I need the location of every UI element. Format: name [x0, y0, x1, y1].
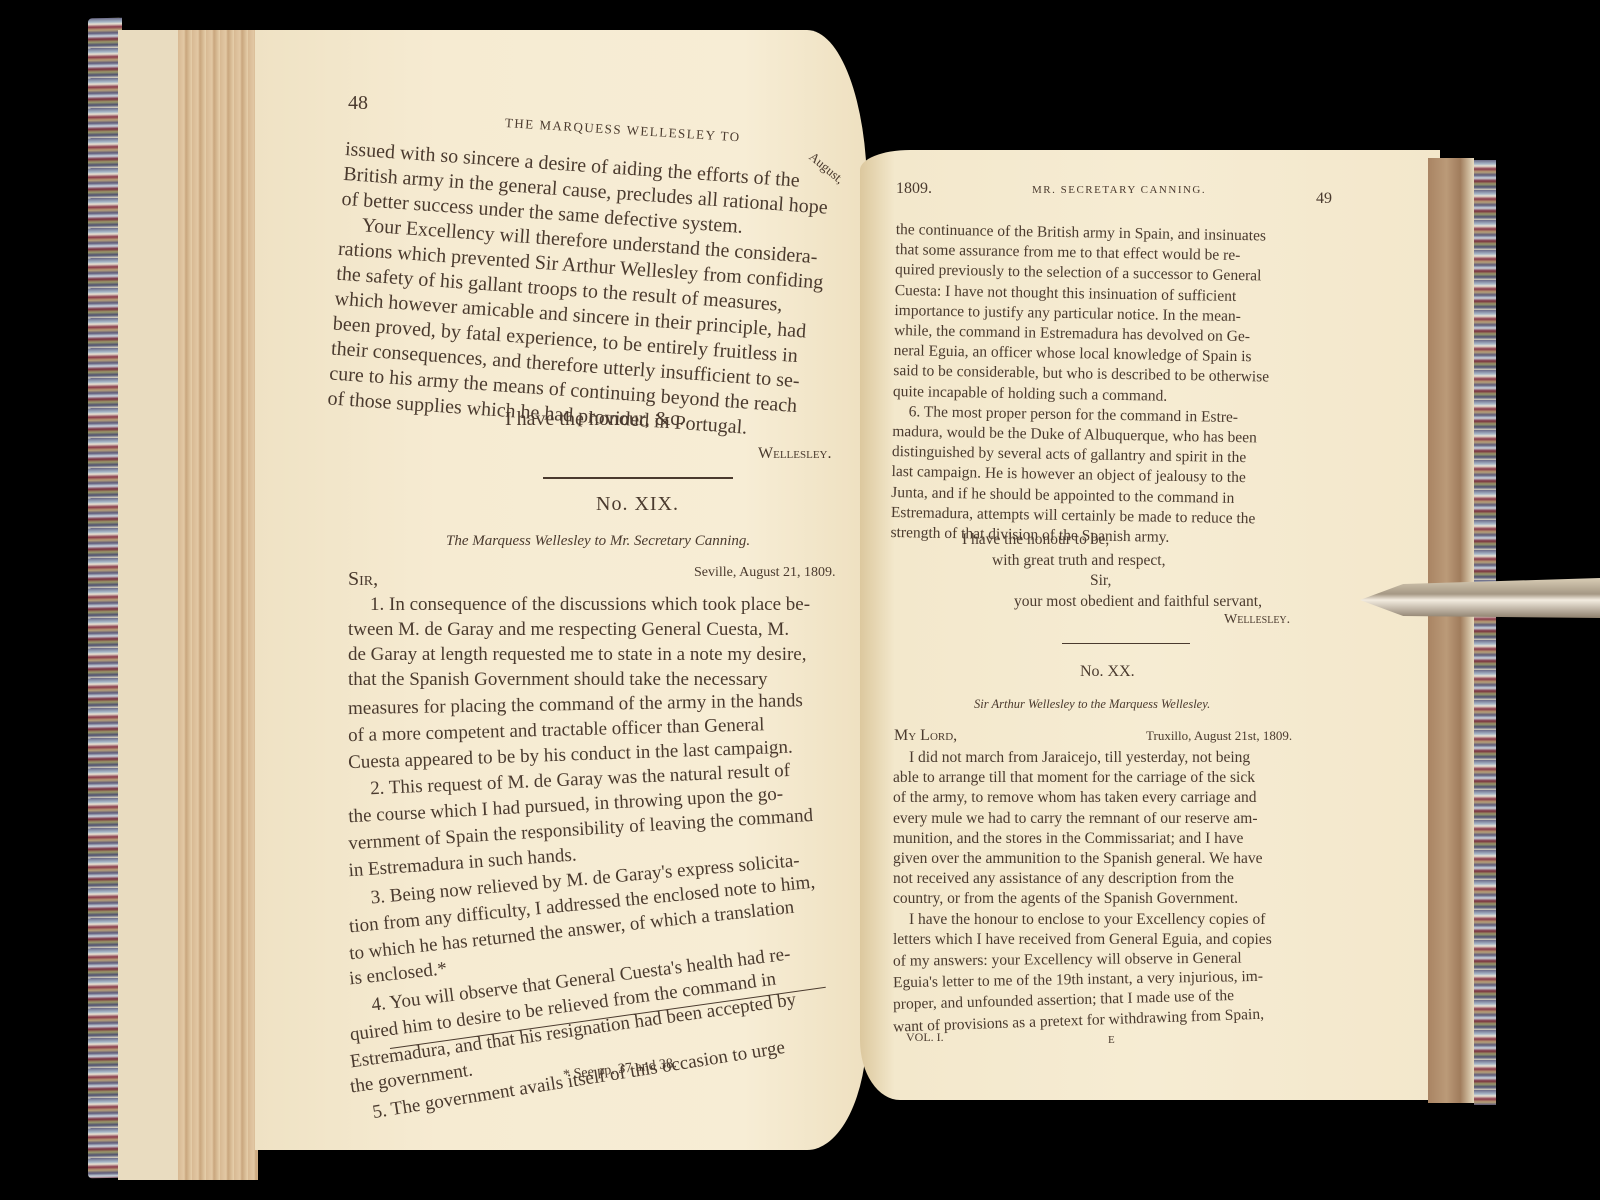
- right-signature: Wellesley.: [1224, 612, 1290, 628]
- letter-number-xix: No. XIX.: [596, 493, 679, 516]
- right-continuation: the continuance of the British army in S…: [890, 220, 1271, 550]
- left-continuation: issued with so sincere a desire of aidin…: [327, 137, 831, 445]
- right-closing-4: your most obedient and faithful servant,: [1014, 592, 1262, 612]
- left-closing: I have the honour, &c.: [505, 408, 684, 431]
- right-closing-3: Sir,: [1090, 571, 1111, 591]
- right-running-head: MR. SECRETARY CANNING.: [1032, 184, 1206, 196]
- right-page-number: 49: [1316, 190, 1332, 208]
- left-page-number: 48: [348, 92, 368, 115]
- salutation-xx: My Lord,: [894, 727, 957, 745]
- page-block-right: [1428, 158, 1474, 1103]
- flyleaf-left: [118, 30, 178, 1180]
- footer-signature-mark: E: [1108, 1034, 1115, 1046]
- letter-number-xx: No. XX.: [1080, 663, 1135, 681]
- right-closing-1: I have the honour to be,: [962, 530, 1109, 550]
- place-date-xx: Truxillo, August 21st, 1809.: [1146, 728, 1292, 744]
- left-signature: Wellesley.: [758, 445, 831, 463]
- salutation-xix: Sir,: [348, 568, 378, 591]
- letter-xix-body: 1. In consequence of the discussions whi…: [348, 592, 816, 1092]
- section-divider: [1062, 643, 1190, 644]
- letter-title-xx: Sir Arthur Wellesley to the Marquess Wel…: [974, 697, 1210, 712]
- page-block-left: [178, 30, 258, 1180]
- right-year: 1809.: [896, 180, 932, 198]
- marbled-edge-left: [88, 18, 122, 1179]
- letter-title-xix: The Marquess Wellesley to Mr. Secretary …: [446, 533, 750, 550]
- letter-xx-body: I did not march from Jaraicejo, till yes…: [893, 748, 1272, 1031]
- place-date-xix: Seville, August 21, 1809.: [694, 565, 836, 581]
- marbled-edge-right: [1474, 160, 1496, 1105]
- right-closing-2: with great truth and respect,: [992, 551, 1165, 571]
- section-divider: [543, 477, 733, 479]
- footer-volume: VOL. I.: [906, 1030, 944, 1045]
